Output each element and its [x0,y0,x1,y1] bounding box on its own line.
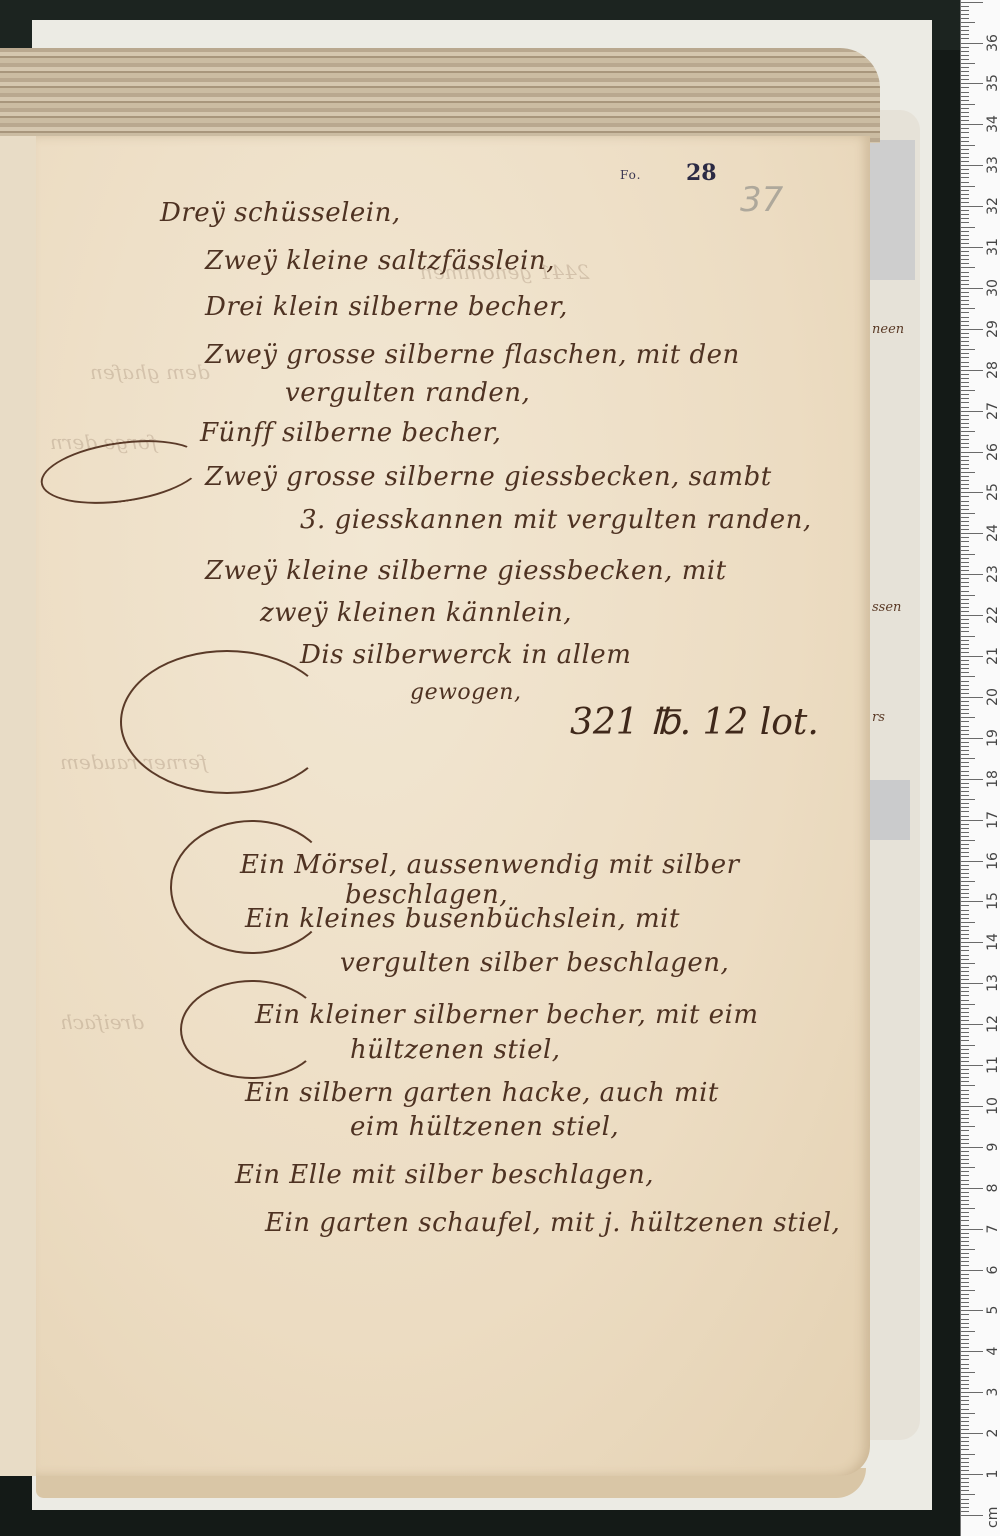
ruler-tick [961,779,983,780]
ruler-tick [961,1126,975,1127]
ruler-label: 28 [985,360,1000,380]
ruler-tick [961,190,969,191]
ruler-tick [961,1036,969,1037]
leaf-note: neen [872,322,904,337]
ruler-tick [961,611,969,612]
ruler-tick [961,243,969,244]
ruler-tick [961,905,969,906]
entry-line: Zweÿ grosse silberne flaschen, mit den [205,340,740,370]
ruler-tick [961,337,969,338]
ruler-tick [961,452,983,453]
ruler-tick [961,1208,975,1209]
ruler-tick [961,325,969,326]
ruler-tick [961,34,969,35]
ruler-tick [961,18,969,19]
ruler-tick [961,1040,969,1041]
ruler-label: 23 [985,564,1000,584]
ruler-label: 13 [985,973,1000,993]
ruler-tick [961,734,969,735]
ruler-tick [961,492,983,493]
ruler-tick [961,6,969,7]
folio-number: 28 [686,160,717,186]
ruler-tick [961,288,983,289]
ruler-tick [961,918,969,919]
ruler-tick [961,153,969,154]
entry-line: Zweÿ kleine saltzfässlein, [205,246,555,276]
ruler-tick [961,71,969,72]
ruler-tick [961,87,969,88]
ruler-tick [961,910,969,911]
ruler-tick [961,1020,969,1021]
ruler-tick [961,231,969,232]
ruler-tick [961,799,975,800]
ruler-tick [961,435,969,436]
ruler-tick [961,644,969,645]
ruler-tick [961,926,969,927]
ruler-label: 29 [985,319,1000,339]
ruler-tick [961,1049,969,1050]
ruler-tick [961,79,969,80]
ruler-tick [961,1065,983,1066]
entry-line: vergulten silber beschlagen, [340,948,729,978]
flourish [120,650,334,794]
ruler-tick [961,67,969,68]
ruler-tick [961,1376,969,1377]
ruler-tick [961,1045,975,1046]
ruler-label: 11 [985,1055,1000,1075]
ruler-tick [961,333,969,334]
ruler-tick [961,930,969,931]
ruler-tick [961,1204,969,1205]
ruler-label: 12 [985,1014,1000,1034]
ruler-tick [961,701,969,702]
ruler-tick [961,828,969,829]
ruler-tick [961,730,969,731]
ruler-tick [961,59,969,60]
ruler-label: 31 [985,237,1000,257]
ruler-tick [961,566,969,567]
ruler-tick [961,173,969,174]
ruler-tick [961,877,969,878]
ruler-tick [961,177,969,178]
ruler-tick [961,685,969,686]
ruler-tick [961,276,969,277]
ruler-tick [961,218,969,219]
ruler-tick [961,222,969,223]
ruler-label: 25 [985,482,1000,502]
ruler-tick [961,995,969,996]
ruler-tick [961,1270,983,1271]
ruler-tick [961,496,969,497]
ruler-tick [961,235,969,236]
measurement-ruler: cm 1234567891011121314151617181920212223… [960,0,1000,1536]
ruler-tick [961,488,969,489]
entry-line: hültzenen stiel, [350,1035,561,1065]
ruler-tick [961,1359,969,1360]
ruler-tick [961,562,969,563]
ruler-tick [961,955,969,956]
ruler-label: 10 [985,1096,1000,1116]
summary-line: gewogen, [410,680,521,705]
ruler-tick [961,83,983,84]
ruler-tick [961,1212,969,1213]
ruler-tick [961,709,969,710]
ruler-tick [961,1462,969,1463]
ruler-tick [961,541,969,542]
ruler-tick [961,1000,969,1001]
ruler-tick [961,1229,983,1230]
ruler-tick [961,108,969,109]
ruler-tick [961,1494,975,1495]
ruler-tick [961,357,969,358]
ruler-tick [961,165,983,166]
ruler-tick [961,1028,969,1029]
ruler-tick [961,865,969,866]
ruler-tick [961,689,969,690]
ruler-tick [961,848,969,849]
ruler-tick [961,513,975,514]
ruler-tick [961,1265,969,1266]
ruler-tick [961,30,969,31]
ruler-tick [961,443,969,444]
entry-line: Fünff silberne becher, [200,418,501,448]
ruler-tick [961,1319,969,1320]
ruler-label: 34 [985,114,1000,134]
ruler-tick [961,415,969,416]
ruler-tick [961,1114,969,1115]
ruler-tick [961,100,969,101]
ruler-tick [961,914,969,915]
ruler-tick [961,96,969,97]
ruler-tick [961,754,969,755]
ruler-tick [961,137,969,138]
entry-line: Drei klein silberne becher, [205,292,568,322]
ruler-tick [961,627,969,628]
ruler-tick [961,2,983,3]
ruler-tick [961,1237,969,1238]
ruler-tick [961,1143,969,1144]
ruler-tick [961,636,975,637]
ruler-tick [961,1449,969,1450]
ruler-tick [961,423,969,424]
ruler-tick [961,1102,969,1103]
ruler-tick [961,660,969,661]
ruler-tick [961,460,969,461]
ruler-tick [961,832,969,833]
ruler-tick [961,1314,969,1315]
ruler-tick [961,132,969,133]
ruler-tick [961,521,969,522]
ruler-tick [961,370,983,371]
ruler-tick [961,1225,969,1226]
ruler-tick [961,1503,969,1504]
ruler-tick [961,1053,969,1054]
ruler-tick [961,1368,969,1369]
ruler-tick [961,820,983,821]
ruler-tick [961,1151,969,1152]
ruler-tick [961,615,983,616]
ruler-tick [961,648,969,649]
ruler-tick [961,856,969,857]
ruler-tick [961,411,983,412]
ruler-tick [961,398,969,399]
ruler-tick [961,1282,969,1283]
ruler-tick [961,1188,983,1189]
ruler-tick [961,296,969,297]
ruler-tick [961,251,969,252]
ruler-tick [961,738,983,739]
ruler-tick [961,1396,969,1397]
ruler-tick [961,345,969,346]
entry-line: zweÿ kleinen kännlein, [260,598,572,628]
ruler-label: 8 [985,1178,1000,1198]
ruler-tick [961,766,969,767]
ruler-tick [961,1392,983,1393]
repair-tissue [870,780,910,840]
ruler-tick [961,300,969,301]
ruler-tick [961,505,969,506]
ruler-tick [961,721,969,722]
ruler-tick [961,803,969,804]
ruler-tick [961,476,969,477]
ruler-tick [961,844,969,845]
ruler-label: 20 [985,687,1000,707]
ruler-label: 26 [985,442,1000,462]
ruler-tick [961,889,969,890]
ruler-label: 5 [985,1300,1000,1320]
ruler-tick [961,1139,969,1140]
ruler-tick [961,75,969,76]
ruler-tick [961,668,969,669]
ruler-tick [961,807,969,808]
ruler-label: 9 [985,1137,1000,1157]
ruler-tick [961,975,969,976]
ruler-tick [961,186,975,187]
ruler-label: 17 [985,810,1000,830]
ruler-label: 18 [985,769,1000,789]
ruler-tick [961,574,983,575]
ruler-tick [961,1310,983,1311]
ruler-tick [961,1351,983,1352]
entry-line: Dreÿ schüsselein, [160,198,401,228]
ruler-label: 21 [985,646,1000,666]
ruler-tick [961,26,969,27]
entry-line: Zweÿ kleine silberne giessbecken, mit [205,556,727,586]
ruler-tick [961,247,983,248]
entry-line: Ein Elle mit silber beschlagen, [235,1160,654,1190]
ruler-tick [961,672,969,673]
summary-line: Dis silberwerck in allem [300,640,631,670]
ruler-tick [961,255,969,256]
ruler-tick [961,529,969,530]
ruler-tick [961,869,969,870]
ruler-tick [961,321,969,322]
ruler-tick [961,591,969,592]
ruler-tick [961,182,969,183]
ruler-tick [961,1122,969,1123]
ruler-tick [961,959,969,960]
ruler-tick [961,963,975,964]
ruler-tick [961,1302,969,1303]
ruler-tick [961,468,969,469]
ruler-label: 30 [985,278,1000,298]
ruler-tick [961,599,969,600]
ruler-tick [961,116,969,117]
ruler-tick [961,619,969,620]
ruler-tick [961,112,969,113]
ruler-tick [961,550,969,551]
ruler-label: 19 [985,728,1000,748]
ruler-tick [961,206,983,207]
ruler-tick [961,979,969,980]
bleed-through-text: dem ghafen [90,360,210,384]
ruler-tick [961,967,969,968]
ruler-tick [961,263,969,264]
bleed-through-text: dreifach [60,1010,144,1034]
entry-line: Ein garten schaufel, mit j. hültzenen st… [265,1208,840,1238]
ruler-tick [961,304,969,305]
ruler-tick [961,525,969,526]
ruler-tick [961,161,969,162]
ruler-tick [961,128,969,129]
ruler-tick [961,1057,969,1058]
ruler-tick [961,1331,975,1332]
ruler-tick [961,267,975,268]
ruler-tick [961,10,969,11]
ruler-tick [961,750,969,751]
ruler-tick [961,1417,969,1418]
ruler-tick [961,1163,969,1164]
ruler-label: 16 [985,851,1000,871]
ruler-tick [961,1339,969,1340]
ruler-tick [961,1507,969,1508]
ruler-tick [961,1196,969,1197]
ruler-tick [961,1286,969,1287]
ruler-tick [961,202,969,203]
ruler-tick [961,1192,969,1193]
ruler-tick [961,1167,975,1168]
ruler-unit-label: cm [985,1508,1000,1528]
ruler-tick [961,1245,969,1246]
ruler-tick [961,1130,969,1131]
entry-line: 3. giesskannen mit vergulten randen, [300,505,812,535]
ruler-tick [961,259,969,260]
ruler-tick [961,623,969,624]
ruler-tick [961,390,975,391]
ruler-tick [961,1478,969,1479]
ruler-tick [961,419,969,420]
ruler-tick [961,382,969,383]
ruler-tick [961,787,969,788]
ruler-tick [961,1077,969,1078]
ruler-tick [961,431,975,432]
ruler-tick [961,1004,975,1005]
ruler-tick [961,897,969,898]
ruler-label: 27 [985,401,1000,421]
ruler-tick [961,1257,969,1258]
ruler-tick [961,402,969,403]
ruler-tick [961,746,969,747]
ruler-tick [961,341,969,342]
ruler-tick [961,762,969,763]
ruler-tick [961,681,969,682]
ruler-tick [961,1486,969,1487]
ruler-tick [961,771,969,772]
ruler-tick [961,595,975,596]
ruler-tick [961,713,969,714]
ruler-tick [961,824,969,825]
ruler-tick [961,1069,969,1070]
ruler-tick [961,1511,969,1512]
ruler-label: 1 [985,1464,1000,1484]
ruler-tick [961,1180,969,1181]
ruler-tick [961,664,969,665]
ruler-tick [961,987,969,988]
ruler-tick [961,210,969,211]
entry-line: eim hültzenen stiel, [350,1112,619,1142]
ruler-tick [961,1220,969,1221]
ruler-tick [961,1335,969,1336]
ruler-tick [961,1384,969,1385]
ruler-tick [961,1081,969,1082]
ruler-tick [961,881,975,882]
ruler-tick [961,427,969,428]
ruler-tick [961,447,969,448]
ruler-tick [961,775,969,776]
ruler-tick [961,1241,969,1242]
ruler-label: 32 [985,196,1000,216]
ruler-tick [961,693,969,694]
ruler-tick [961,1515,983,1516]
ruler-tick [961,852,969,853]
ruler-tick [961,983,983,984]
ruler-tick [961,1175,969,1176]
ruler-tick [961,656,983,657]
ruler-tick [961,1253,969,1254]
ruler-label: 6 [985,1260,1000,1280]
ruler-tick [961,697,983,698]
ruler-tick [961,586,969,587]
ruler-tick [961,938,969,939]
ruler-tick [961,141,969,142]
ruler-tick [961,1085,975,1086]
ruler-tick [961,1171,969,1172]
ruler-tick [961,922,975,923]
ruler-tick [961,1454,975,1455]
ruler-tick [961,501,969,502]
ruler-label: 35 [985,73,1000,93]
ruler-tick [961,378,969,379]
ruler-tick [961,1090,969,1091]
ruler-tick [961,946,969,947]
ruler-tick [961,1466,969,1467]
ruler-tick [961,292,969,293]
ruler-tick [961,63,975,64]
ruler-tick [961,1327,969,1328]
pencil-foliation: 37 [740,180,783,220]
ruler-tick [961,791,969,792]
ruler-tick [961,795,969,796]
archive-stamp: Fo. [620,168,642,182]
ruler-tick [961,198,969,199]
entry-line: Ein kleiner silberner becher, mit eim [255,1000,759,1030]
ruler-tick [961,1098,969,1099]
ruler-tick [961,971,969,972]
ruler-tick [961,1429,969,1430]
ruler-tick [961,280,969,281]
ruler-tick [961,157,969,158]
ruler-tick [961,1261,969,1262]
